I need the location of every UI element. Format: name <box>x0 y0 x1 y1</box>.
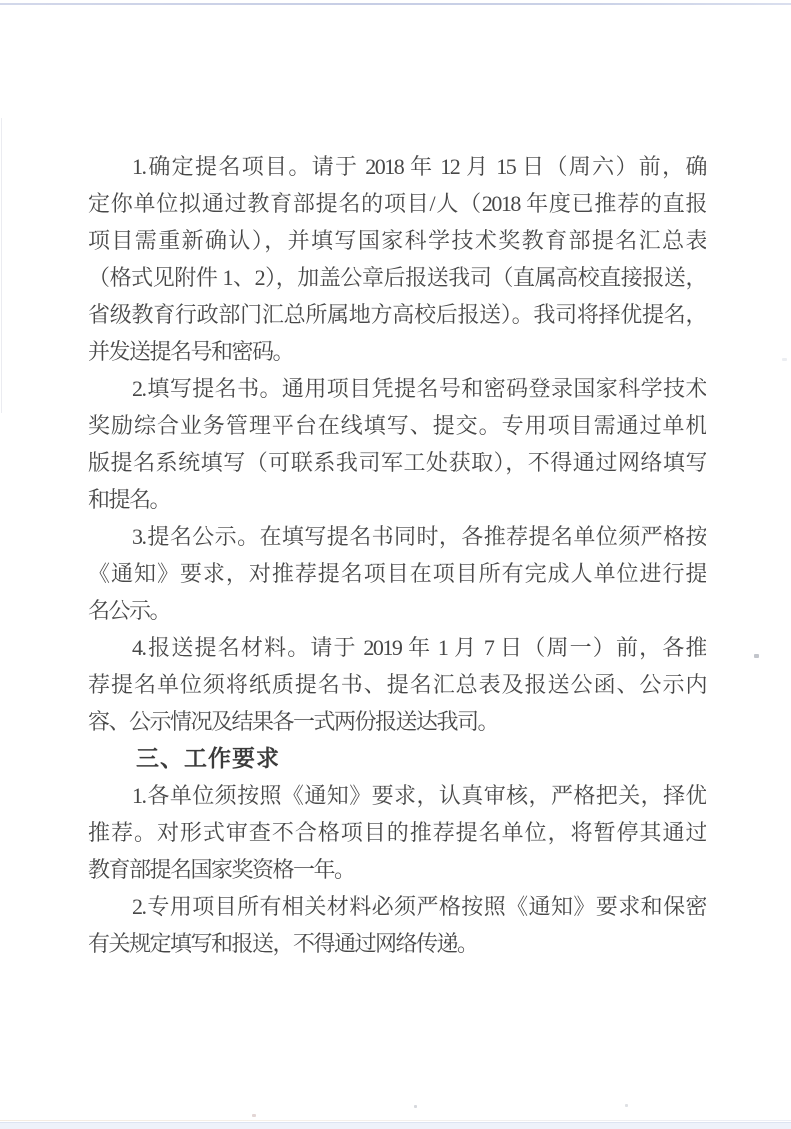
scan-edge-left <box>1 118 2 413</box>
scan-speck <box>625 1104 628 1107</box>
section-heading: 三、工作要求 <box>88 740 706 777</box>
text-line: （格式见附件 1、2），加盖公章后报送我司（直属高校直接报送， <box>88 259 706 296</box>
scan-speck <box>782 358 787 361</box>
text-line: 项目需重新确认），并填写国家科学技术奖教育部提名汇总表 <box>88 222 706 259</box>
text-line: 省级教育行政部门汇总所属地方高校后报送）。我司将择优提名， <box>88 296 706 333</box>
text-line: 2.专用项目所有相关材料必须严格按照《通知》要求和保密 <box>88 888 706 925</box>
document-page: 1.确定提名项目。请于 2018 年 12 月 15 日（周六）前，确定你单位拟… <box>0 0 791 1129</box>
text-line: 推荐。对形式审查不合格项目的推荐提名单位，将暂停其通过 <box>88 814 706 851</box>
text-line: 3.提名公示。在填写提名书同时，各推荐提名单位须严格按 <box>88 518 706 555</box>
text-line: 容、公示情况及结果各一式两份报送达我司。 <box>88 703 706 740</box>
text-line: 奖励综合业务管理平台在线填写、提交。专用项目需通过单机 <box>88 407 706 444</box>
text-line: 1.确定提名项目。请于 2018 年 12 月 15 日（周六）前，确 <box>88 148 706 185</box>
text-line: 版提名系统填写（可联系我司军工处获取），不得通过网络填写 <box>88 444 706 481</box>
text-line: 有关规定填写和报送，不得通过网络传递。 <box>88 925 706 962</box>
scan-speck <box>414 1105 417 1108</box>
scan-edge-bottom-line <box>0 1120 791 1121</box>
document-body: 1.确定提名项目。请于 2018 年 12 月 15 日（周六）前，确定你单位拟… <box>88 148 706 962</box>
scan-speck <box>252 1114 256 1117</box>
text-line: 《通知》要求，对推荐提名项目在项目所有完成人单位进行提 <box>88 555 706 592</box>
scan-edge-bottom <box>0 1122 791 1129</box>
scan-speck <box>754 654 759 658</box>
text-line: 名公示。 <box>88 592 706 629</box>
text-line: 1.各单位须按照《通知》要求，认真审核，严格把关，择优 <box>88 777 706 814</box>
text-line: 教育部提名国家奖资格一年。 <box>88 851 706 888</box>
text-line: 并发送提名号和密码。 <box>88 333 706 370</box>
text-line: 定你单位拟通过教育部提名的项目/人（2018 年度已推荐的直报 <box>88 185 706 222</box>
text-line: 4.报送提名材料。请于 2019 年 1 月 7 日（周一）前，各推 <box>88 629 706 666</box>
text-line: 和提名。 <box>88 481 706 518</box>
text-line: 2.填写提名书。通用项目凭提名号和密码登录国家科学技术 <box>88 370 706 407</box>
text-line: 荐提名单位须将纸质提名书、提名汇总表及报送公函、公示内 <box>88 666 706 703</box>
scan-edge-top <box>0 3 791 5</box>
